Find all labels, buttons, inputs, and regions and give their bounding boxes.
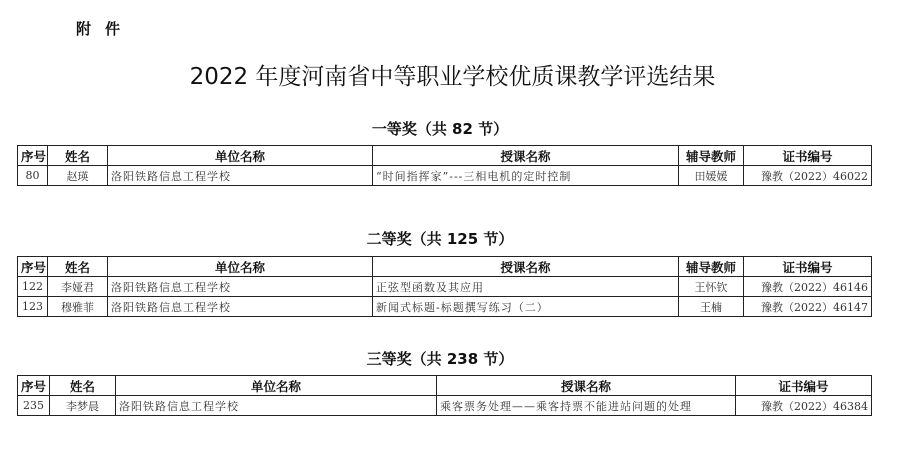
attachment-label: 附件: [76, 18, 134, 39]
cell-cert: 豫教（2022）46022: [744, 166, 872, 186]
table-row: 235 李梦晨 洛阳铁路信息工程学校 乘客票务处理——乘客持票不能进站问题的处理…: [18, 396, 872, 416]
cell-course: 正弦型函数及其应用: [373, 277, 679, 297]
cell-unit: 洛阳铁路信息工程学校: [116, 396, 437, 416]
table-row: 122 李娅君 洛阳铁路信息工程学校 正弦型函数及其应用 王怀钦 豫教（2022…: [18, 277, 872, 297]
column-header: 证书编号: [744, 146, 872, 166]
cell-unit: 洛阳铁路信息工程学校: [108, 166, 373, 186]
cell-tutor: 王怀钦: [679, 277, 744, 297]
cell-cert: 豫教（2022）46384: [736, 396, 872, 416]
cell-tutor: 田媛媛: [679, 166, 744, 186]
table-row: 123 穆雅菲 洛阳铁路信息工程学校 新闻式标题-标题撰写练习（二） 王楠 豫教…: [18, 297, 872, 317]
section-title-second-prize: 二等奖（共 125 节）: [0, 228, 880, 249]
table-header-row: 序号 姓名 单位名称 授课名称 辅导教师 证书编号: [18, 146, 872, 166]
cell-name: 穆雅菲: [48, 297, 108, 317]
cell-tutor: 王楠: [679, 297, 744, 317]
cell-course: 新闻式标题-标题撰写练习（二）: [373, 297, 679, 317]
table-header-row: 序号 姓名 单位名称 授课名称 证书编号: [18, 376, 872, 396]
table-header-row: 序号 姓名 单位名称 授课名称 辅导教师 证书编号: [18, 257, 872, 277]
second-prize-table: 序号 姓名 单位名称 授课名称 辅导教师 证书编号 122 李娅君 洛阳铁路信息…: [17, 256, 872, 317]
cell-no: 123: [18, 297, 48, 317]
cell-cert: 豫教（2022）46147: [744, 297, 872, 317]
column-header: 证书编号: [736, 376, 872, 396]
table-row: 80 赵瑛 洛阳铁路信息工程学校 “时间指挥家”---三相电机的定时控制 田媛媛…: [18, 166, 872, 186]
column-header: 证书编号: [744, 257, 872, 277]
column-header: 授课名称: [373, 146, 679, 166]
cell-no: 235: [18, 396, 50, 416]
column-header: 授课名称: [373, 257, 679, 277]
third-prize-table: 序号 姓名 单位名称 授课名称 证书编号 235 李梦晨 洛阳铁路信息工程学校 …: [17, 375, 872, 416]
column-header: 单位名称: [116, 376, 437, 396]
document-title: 2022 年度河南省中等职业学校优质课教学评选结果: [0, 58, 905, 91]
cell-unit: 洛阳铁路信息工程学校: [108, 297, 373, 317]
column-header: 姓名: [48, 146, 108, 166]
column-header: 姓名: [48, 257, 108, 277]
column-header: 序号: [18, 376, 50, 396]
column-header: 辅导教师: [679, 146, 744, 166]
first-prize-table: 序号 姓名 单位名称 授课名称 辅导教师 证书编号 80 赵瑛 洛阳铁路信息工程…: [17, 145, 872, 186]
column-header: 辅导教师: [679, 257, 744, 277]
cell-cert: 豫教（2022）46146: [744, 277, 872, 297]
column-header: 序号: [18, 257, 48, 277]
cell-course: 乘客票务处理——乘客持票不能进站问题的处理: [437, 396, 736, 416]
cell-course: “时间指挥家”---三相电机的定时控制: [373, 166, 679, 186]
cell-name: 赵瑛: [48, 166, 108, 186]
column-header: 单位名称: [108, 146, 373, 166]
cell-unit: 洛阳铁路信息工程学校: [108, 277, 373, 297]
column-header: 单位名称: [108, 257, 373, 277]
cell-name: 李梦晨: [50, 396, 116, 416]
column-header: 授课名称: [437, 376, 736, 396]
section-title-third-prize: 三等奖（共 238 节）: [0, 348, 880, 369]
section-title-first-prize: 一等奖（共 82 节）: [0, 118, 880, 139]
column-header: 序号: [18, 146, 48, 166]
cell-no: 80: [18, 166, 48, 186]
cell-no: 122: [18, 277, 48, 297]
cell-name: 李娅君: [48, 277, 108, 297]
column-header: 姓名: [50, 376, 116, 396]
